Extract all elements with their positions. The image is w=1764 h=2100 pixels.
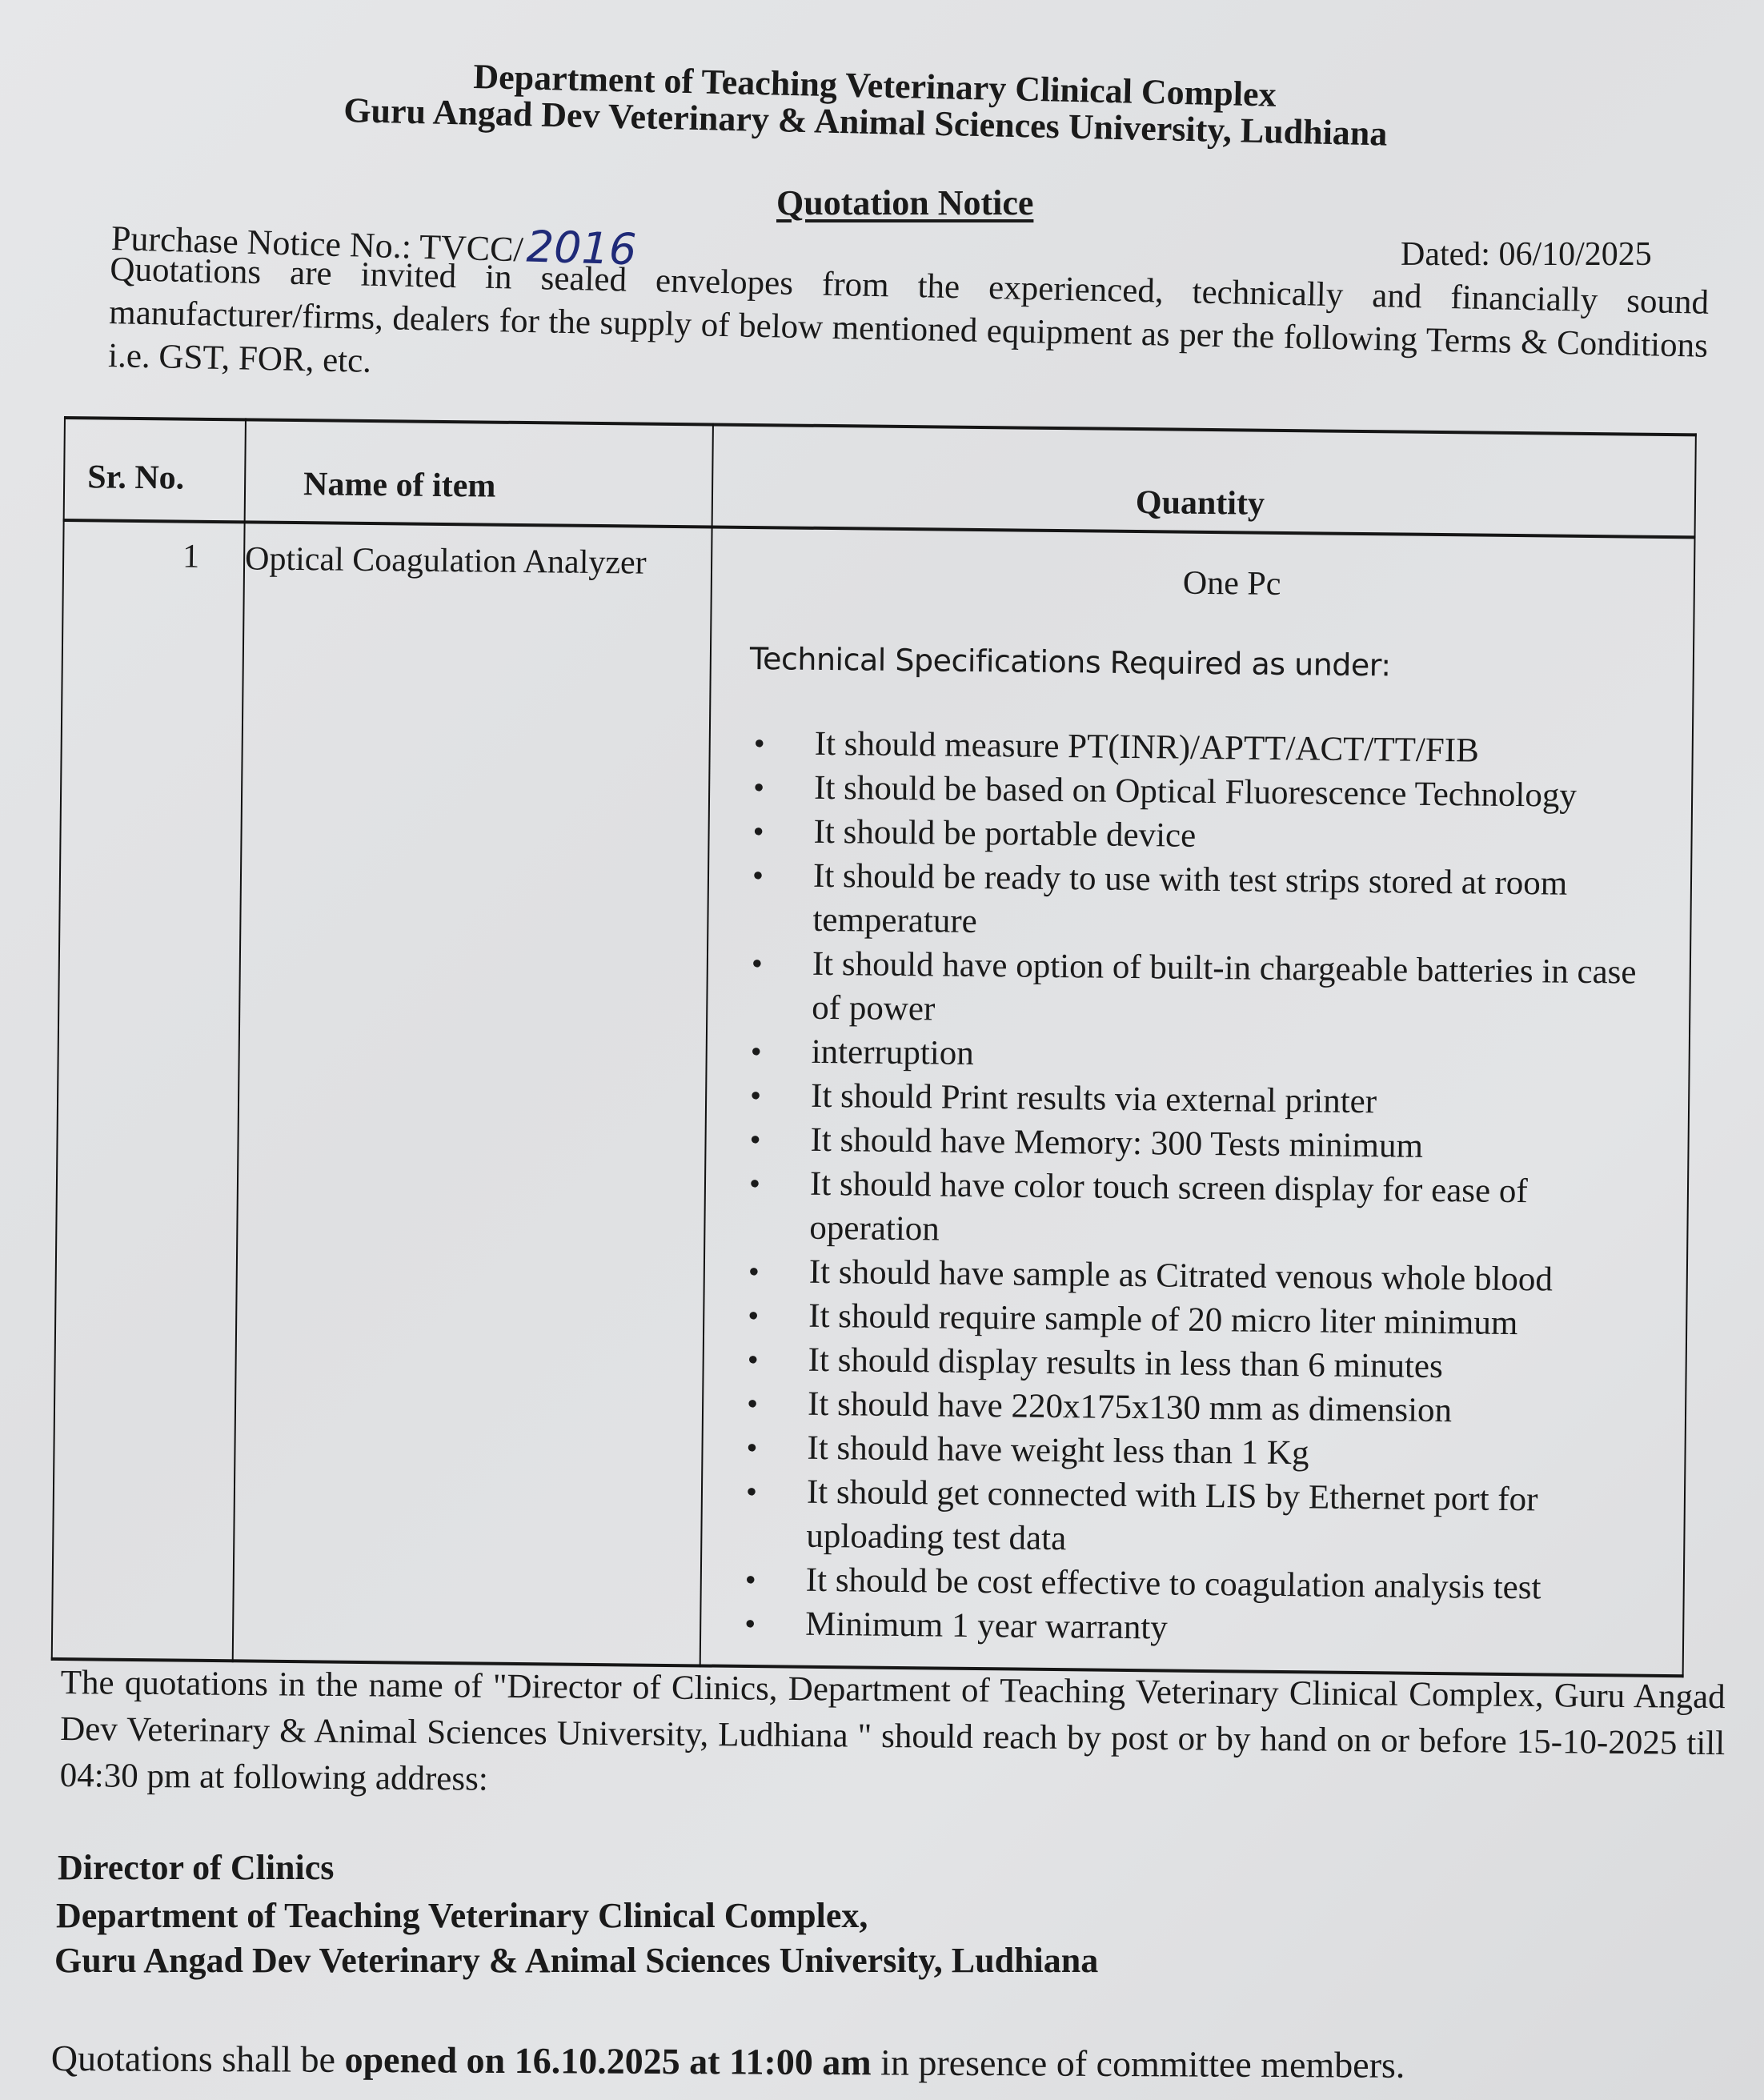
table-left-border bbox=[51, 416, 66, 1661]
opening-statement: Quotations shall be opened on 16.10.2025… bbox=[51, 2037, 1405, 2086]
opening-suffix: in presence of committee members. bbox=[871, 2042, 1405, 2085]
spec-item: It should have color touch screen displa… bbox=[744, 1161, 1665, 1259]
column-divider-2 bbox=[700, 423, 714, 1667]
spec-item: Minimum 1 year warranty bbox=[740, 1601, 1661, 1655]
opening-date-time: opened on 16.10.2025 at 11:00 am bbox=[344, 2039, 871, 2082]
table-right-border bbox=[1682, 433, 1697, 1677]
spec-heading: Technical Specifications Required as und… bbox=[750, 641, 1391, 683]
spec-item: It should be ready to use with test stri… bbox=[747, 853, 1668, 951]
spec-list: It should measure PT(INR)/APTT/ACT/TT/FI… bbox=[740, 721, 1670, 1655]
spec-item: It should get connected with LIS by Ethe… bbox=[740, 1469, 1662, 1567]
column-divider-1 bbox=[232, 418, 247, 1662]
document-page: Department of Teaching Veterinary Clinic… bbox=[0, 0, 1764, 2100]
closing-paragraph: The quotations in the name of "Director … bbox=[59, 1660, 1725, 1813]
header-quantity: Quantity bbox=[1136, 483, 1265, 523]
table-header-border bbox=[63, 519, 1696, 539]
notice-title: Quotation Notice bbox=[776, 182, 1033, 223]
row-sr-no: 1 bbox=[182, 538, 200, 576]
row-quantity: One Pc bbox=[1183, 564, 1281, 603]
notice-date: Dated: 06/10/2025 bbox=[1401, 235, 1652, 274]
address-line-3: Guru Angad Dev Veterinary & Animal Scien… bbox=[54, 1940, 1098, 1981]
address-line-1: Director of Clinics bbox=[58, 1847, 334, 1888]
table-top-border bbox=[64, 416, 1697, 436]
address-line-2: Department of Teaching Veterinary Clinic… bbox=[56, 1895, 868, 1936]
row-item-name: Optical Coagulation Analyzer bbox=[245, 539, 647, 582]
header-sr-no: Sr. No. bbox=[87, 458, 184, 497]
header-item-name: Name of item bbox=[303, 465, 496, 506]
items-table: Sr. No. Name of item Quantity 1 Optical … bbox=[51, 416, 1697, 1677]
opening-prefix: Quotations shall be bbox=[51, 2038, 345, 2080]
spec-item: It should have option of built-in charge… bbox=[746, 941, 1667, 1039]
